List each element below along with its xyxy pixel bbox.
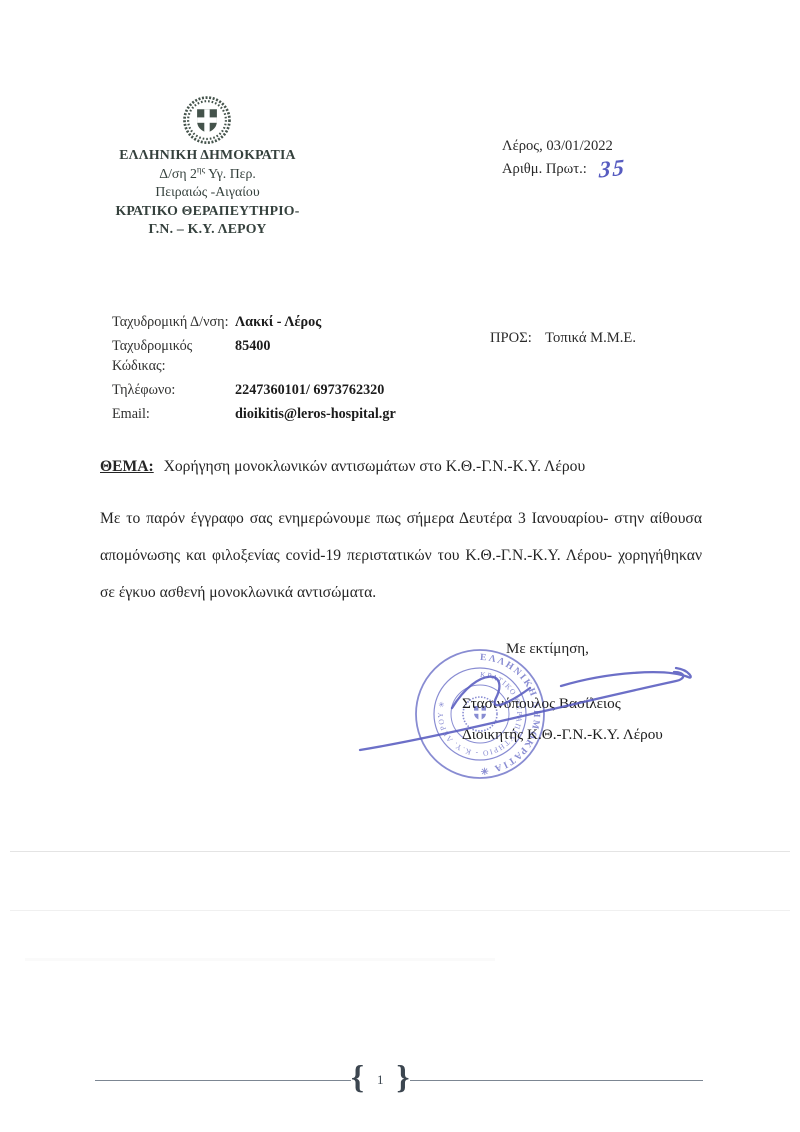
protocol-label: Αριθμ. Πρωτ.: [502, 161, 587, 177]
scan-faint-line [10, 851, 790, 852]
scan-smudge [25, 958, 495, 961]
org-hospital-line2: Γ.Ν. – Κ.Υ. ΛΕΡΟΥ [85, 220, 330, 239]
place-date: Λέρος, 03/01/2022 [502, 137, 626, 156]
contact-label: Τηλέφωνο: [112, 380, 235, 400]
greek-coat-of-arms-icon [180, 94, 234, 148]
org-division: Δ/ση 2ης Υγ. Περ. [85, 165, 330, 184]
footer-brace-left: { [351, 1062, 364, 1095]
contact-details: Ταχυδρομική Δ/νση: Λακκί - Λέρος Ταχυδρο… [112, 312, 472, 424]
subject-line: ΘΕΜΑ: Χορήγηση μονοκλωνικών αντισωμάτων … [100, 458, 720, 476]
subject-label: ΘΕΜΑ: [100, 458, 154, 475]
shield-cross [197, 109, 217, 133]
org-hospital-line1: ΚΡΑΤΙΚΟ ΘΕΡΑΠΕΥΤΗΡΙΟ- [85, 202, 330, 221]
org-name: ΕΛΛΗΝΙΚΗ ΔΗΜΟΚΡΑΤΙΑ [85, 146, 330, 165]
footer-rule-left [95, 1080, 351, 1081]
contact-value: 85400 [235, 336, 472, 376]
recipient-value: Τοπικά Μ.Μ.Ε. [545, 330, 636, 346]
footer-brace-right: } [397, 1062, 410, 1095]
contact-value: Λακκί - Λέρος [235, 312, 472, 332]
letterhead: ΕΛΛΗΝΙΚΗ ΔΗΜΟΚΡΑΤΙΑ Δ/ση 2ης Υγ. Περ. Πε… [85, 146, 330, 239]
contact-label: Ταχυδρομική Δ/νση: [112, 312, 235, 332]
page-number: 1 [377, 1072, 384, 1088]
scan-faint-line [10, 910, 790, 911]
subject-text: Χορήγηση μονοκλωνικών αντισωμάτων στο Κ.… [164, 458, 586, 475]
scanned-letter-page: ΕΛΛΗΝΙΚΗ ΔΗΜΟΚΡΑΤΙΑ Δ/ση 2ης Υγ. Περ. Πε… [0, 0, 800, 1132]
recipient-line: ΠΡΟΣ: Τοπικά Μ.Μ.Ε. [490, 330, 636, 347]
body-paragraph: Με το παρόν έγγραφο σας ενημερώνουμε πως… [100, 500, 702, 611]
handwritten-signature-icon [356, 628, 700, 798]
org-region: Πειραιώς -Αιγαίου [85, 183, 330, 202]
protocol-number-handwritten: 35 [598, 158, 626, 180]
contact-label: Email: [112, 404, 235, 424]
contact-label: Ταχυδρομικός Κώδικας: [112, 336, 235, 376]
recipient-label: ΠΡΟΣ: [490, 330, 532, 346]
reference-block: Λέρος, 03/01/2022 Αριθμ. Πρωτ.: 35 [502, 137, 626, 179]
contact-value: 2247360101/ 6973762320 [235, 380, 472, 400]
page-footer: { 1 } [95, 1060, 703, 1100]
contact-value: dioikitis@leros-hospital.gr [235, 404, 472, 424]
footer-rule-right [410, 1080, 703, 1081]
